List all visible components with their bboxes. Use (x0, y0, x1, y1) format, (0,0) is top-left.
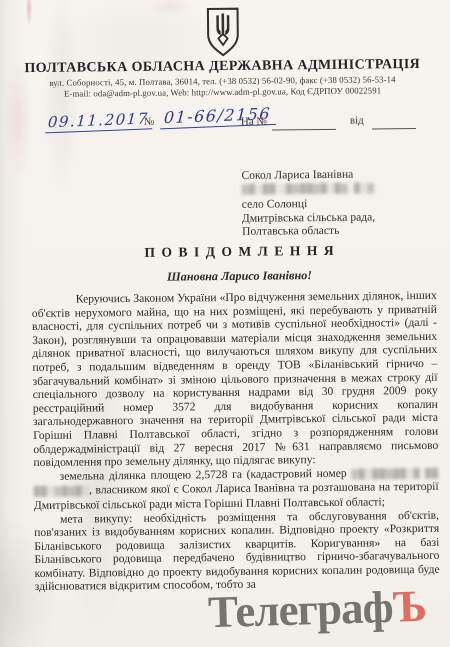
scanned-letter-page: ПОЛТАВСЬКА ОБЛАСНА ДЕРЖАВНА АДМІНІСТРАЦІ… (0, 0, 450, 647)
recipient-address-redacted: ▓█▒██ ▒█▓██▓█▒█▓, █▒▓ (242, 182, 375, 197)
handwritten-date: 09.11.2017 (45, 109, 153, 133)
recipient-region: Полтавська область (242, 223, 375, 238)
recipient-council: Дмитрівська сільська рада, (242, 210, 375, 225)
number-sign-label: № (144, 116, 155, 128)
body-paragraph-land-plot: земельна ділянка площею 2,5728 га (кадас… (34, 465, 439, 512)
ukraine-trident-emblem-icon (204, 7, 243, 62)
recipient-block: Сокол Лариса Іванівна ▓█▒██ ▒█▓██▓█▒█▓, … (241, 167, 375, 237)
telegraf-watermark: ТелеграфЪ (207, 584, 426, 635)
incoming-ref-label: На № (241, 116, 267, 128)
land-plot-text-before: земельна ділянка площею 2,5728 га (кадас… (60, 466, 352, 482)
from-date-label: від (350, 115, 364, 127)
letter-body: Керуючись Законом України «Про відчуженн… (32, 289, 440, 594)
document-content: ПОЛТАВСЬКА ОБЛАСНА ДЕРЖАВНА АДМІНІСТРАЦІ… (0, 0, 450, 647)
from-date-blank-line (372, 128, 416, 129)
document-title: ПОВІДОМЛЕННЯ (0, 242, 449, 263)
watermark-main-text: Телеграф (207, 582, 393, 637)
watermark-accent-letter: Ъ (392, 581, 427, 632)
land-plot-text-after: , власником якої є Сокол Лариса Іванівна… (34, 480, 439, 512)
salutation: Шановна Ларисо Іванівно! (0, 267, 450, 287)
incoming-ref-blank-line (272, 129, 336, 131)
body-paragraph-legal-basis: Керуючись Законом України «Про відчуженн… (32, 289, 439, 470)
